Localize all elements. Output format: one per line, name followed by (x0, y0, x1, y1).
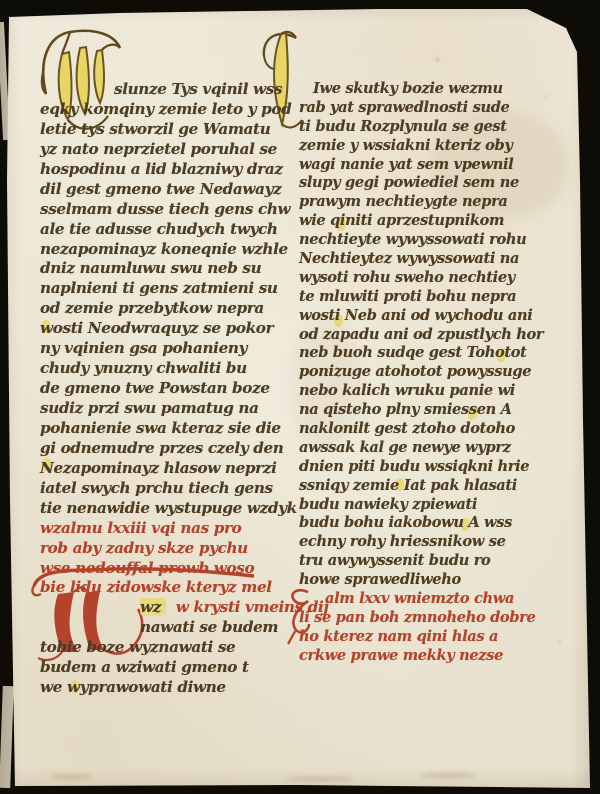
text-line: echny rohy hriessnikow se (299, 533, 567, 552)
text-line: nebo kalich wruku panie wi (299, 382, 567, 401)
text-line: te mluwiti proti bohu nepra (299, 288, 567, 307)
text-line: iatel swych prchu tiech gens (40, 479, 296, 499)
text-line: bie lidu zidowske kteryz mel (40, 578, 296, 598)
text-line: alm lxxv wniemzto chwa (299, 590, 567, 609)
dirt-smudge (420, 773, 475, 778)
text-line: ponizuge atohotot powyssuge (299, 363, 567, 382)
text-segment: wz (140, 598, 166, 616)
text-line: nechtieyte wywyssowati rohu (299, 231, 567, 250)
text-line: naklonilt gest ztoho dotoho (299, 420, 567, 439)
text-line: od zapadu ani od zpustlych hor (299, 326, 567, 345)
text-line: budem a wziwati gmeno t (40, 658, 296, 678)
text-line: wosti Neb ani od wychodu ani (299, 307, 567, 326)
text-line: Nechtieytez wywyssowati na (299, 250, 567, 269)
text-line: dil gest gmeno twe Nedawayz (40, 180, 296, 200)
left-text-column: slunze Tys vqinil wsseqky komqiny zemie … (40, 80, 296, 698)
text-line: naplnieni ti gens zatmieni su (40, 279, 296, 299)
text-line: dniz naumluwu swu neb su (40, 259, 296, 279)
text-line: dnien piti budu wssiqkni hrie (299, 458, 567, 477)
text-line: wie qiniti aprzestupnikom (299, 212, 567, 231)
text-line: wzalmu lxxiii vqi nas pro (40, 519, 296, 539)
manuscript-page: slunze Tys vqinil wsseqky komqiny zemie … (0, 0, 600, 794)
text-line: crkwe prawe mekky nezse (299, 647, 567, 666)
text-line: awssak kal ge newye wyprz (299, 439, 567, 458)
text-line: wagi nanie yat sem vpewnil (299, 156, 567, 175)
text-line: nawati se budem (40, 618, 296, 638)
text-line: tobie boze wyznawati se (40, 638, 296, 658)
text-line: od zemie przebytkow nepra (40, 299, 296, 319)
text-line: ale tie adusse chudych twych (40, 220, 296, 240)
text-line: tru awywyssenit budu ro (299, 552, 567, 571)
text-line: nezapominayz koneqnie wzhle (40, 240, 296, 260)
text-line: Nezapominayz hlasow neprzi (40, 459, 296, 479)
text-line: rab yat sprawedlnosti sude (299, 99, 567, 118)
text-line: ho kterez nam qini hlas a (299, 628, 567, 647)
text-line: wosti Neodwraquyz se pokor (40, 319, 296, 339)
text-line: wse nedouffal prowb woso (40, 559, 296, 579)
text-line: wysoti rohu sweho nechtiey (299, 269, 567, 288)
text-line: yz nato neprzietel poruhal se (40, 140, 296, 160)
underlying-page-edge (0, 686, 14, 788)
foxing-spot (95, 68, 99, 72)
text-line: sselmam dusse tiech gens chw (40, 200, 296, 220)
text-line: letie tys stworzil ge Wamatu (40, 120, 296, 140)
text-line: ny vqinien gsa pohanieny (40, 339, 296, 359)
text-line: howe sprawedliweho (299, 571, 567, 590)
text-line: ssniqy zemie Iat pak hlasati (299, 477, 567, 496)
text-line: chudy ynuzny chwaliti bu (40, 359, 296, 379)
text-line: hospodinu a lid blazniwy draz (40, 160, 296, 180)
text-line: Iwe skutky bozie wezmu (299, 80, 567, 99)
text-line: sudiz przi swu pamatug na (40, 399, 296, 419)
text-line: na qisteho plny smiessen A (299, 401, 567, 420)
text-line: neb buoh sudqe gest Tohotot (299, 344, 567, 363)
text-line: eqky komqiny zemie leto y pod (40, 100, 296, 120)
dirt-smudge (285, 777, 355, 781)
text-line: slupy gegi powiediel sem ne (299, 174, 567, 193)
text-line: rob aby zadny skze pychu (40, 539, 296, 559)
dirt-smudge (50, 774, 92, 779)
text-line: li se pan boh zmnoheho dobre (299, 609, 567, 628)
text-line: tie nenawidie wystupuge wzdyk (40, 499, 296, 519)
text-line: wz w krysti vmeins dij (40, 598, 296, 618)
photo-backdrop: slunze Tys vqinil wsseqky komqiny zemie … (0, 0, 600, 794)
text-line: we wyprawowati diwne (40, 678, 296, 698)
text-line: slunze Tys vqinil wss (40, 80, 296, 100)
text-line: de gmeno twe Powstan boze (40, 379, 296, 399)
text-line: pohanienie swa kteraz sie die (40, 419, 296, 439)
text-line: prawym nechtieygte nepra (299, 193, 567, 212)
right-text-column: Iwe skutky bozie wezmurab yat sprawedlno… (299, 80, 567, 666)
text-line: budu nawieky zpiewati (299, 496, 567, 515)
foxing-spot (435, 57, 440, 62)
text-line: ti budu Rozplynula se gest (299, 118, 567, 137)
text-line: zemie y wssiakni kteriz oby (299, 137, 567, 156)
text-line: gi odnemudre przes czely den (40, 439, 296, 459)
text-line: budu bohu iakobowu A wss (299, 514, 567, 533)
